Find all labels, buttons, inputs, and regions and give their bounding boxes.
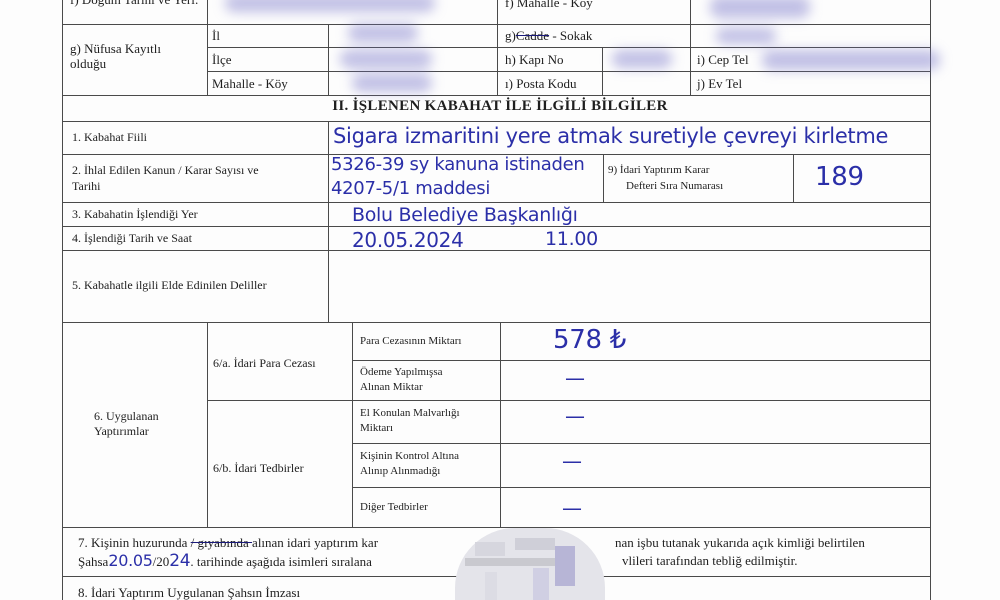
saat-value: 11.00	[545, 228, 598, 250]
kabahat-yer-value: Bolu Belediye Başkanlığı	[352, 204, 578, 226]
posta-kodu-label: ı) Posta Kodu	[505, 76, 577, 91]
registry-il-label: İl	[212, 28, 220, 43]
uygulanan-label-1: 6. Uygulanan	[94, 409, 159, 423]
redacted-mahalle-value	[352, 74, 432, 92]
row-line	[62, 24, 930, 25]
row-line	[62, 95, 930, 96]
idari-para-cezasi-label: 6/a. İdari Para Cezası	[213, 356, 316, 370]
ihlal-kanun-label-1: 2. İhlal Edilen Kanun / Karar Sayısı ve	[72, 163, 259, 177]
col-line	[690, 0, 691, 95]
col-line	[207, 0, 208, 95]
kontrol-label-1: Kişinin Kontrol Altına	[360, 450, 459, 463]
table-border-right	[930, 0, 931, 600]
tarih-value: 20.05.2024	[352, 228, 464, 252]
col-line	[603, 154, 604, 202]
redacted-il-value	[348, 24, 418, 42]
deliller-label: 5. Kabahatle ilgili Elde Edinilen Delill…	[72, 278, 267, 292]
col-line	[352, 322, 353, 527]
kabahat-yer-label: 3. Kabahatin İşlendiği Yer	[72, 207, 198, 221]
section-7-line-2: Şahsa20.05/2024. tarihinde aşağıda isiml…	[78, 553, 372, 569]
section-7-line-1-end: nan işbu tutanak yukarıda açık kimliği b…	[615, 535, 865, 550]
para-cezasi-miktari-value: 578 ₺	[553, 325, 626, 355]
karar-defteri-label-2: Defteri Sıra Numarası	[626, 180, 723, 193]
row-line	[352, 487, 930, 488]
kabahat-fiili-label: 1. Kabahat Fiili	[72, 130, 147, 144]
malvarligi-label-2: Miktarı	[360, 422, 393, 435]
row-line	[62, 121, 930, 122]
row-line	[62, 226, 930, 227]
ev-tel-label: j) Ev Tel	[697, 76, 742, 91]
registry-label: g) Nüfusa Kayıtlı olduğu	[70, 41, 200, 71]
malvarligi-label-1: El Konulan Malvarlığı	[360, 407, 460, 420]
section-7-line-2-end: vlileri tarafından tebliğ edilmiştir.	[622, 553, 797, 568]
para-cezasi-miktari-label: Para Cezasının Miktarı	[360, 335, 461, 348]
kabahat-fiili-value: Sigara izmaritini yere atmak suretiyle ç…	[333, 124, 888, 148]
row-line	[62, 322, 930, 323]
uygulanan-label-2: Yaptırımlar	[94, 424, 149, 438]
row-line	[207, 400, 930, 401]
registry-mahalle-label: Mahalle - Köy	[212, 76, 288, 91]
ihlal-kanun-value-2: 4207-5/1 maddesi	[331, 178, 490, 199]
section-8-label: 8. İdari Yaptırım Uygulanan Şahsın İmzas…	[78, 585, 300, 600]
diger-tedbirler-value: —	[562, 496, 582, 520]
row-line	[62, 527, 930, 528]
section-7-line-1: 7. Kişinin huzurunda / gıyabında alınan …	[78, 535, 378, 550]
col-line	[500, 322, 501, 527]
row-line	[352, 360, 930, 361]
redacted-sokak-value	[716, 28, 776, 44]
kontrol-label-2: Alınıp Alınmadığı	[360, 465, 440, 478]
section-2-heading: II. İŞLENEN KABAHAT İLE İLGİLİ BİLGİLER	[0, 98, 1000, 115]
redacted-kapi-value	[612, 50, 672, 68]
redacted-birth-value	[225, 0, 435, 12]
col-line	[602, 47, 603, 95]
col-line	[793, 154, 794, 202]
redacted-mahalle-koy-value	[710, 0, 810, 18]
registry-ilce-label: İlçe	[212, 52, 231, 67]
cep-tel-label: i) Cep Tel	[697, 52, 749, 67]
cadde-sokak-label: g)Cadde - Sokak	[505, 28, 592, 43]
row-line	[207, 47, 930, 48]
row-line	[62, 250, 930, 251]
table-border-left	[62, 0, 63, 600]
ihlal-kanun-label-2: Tarihi	[72, 179, 100, 193]
redacted-cep-value	[762, 50, 940, 70]
idari-tedbirler-label: 6/b. İdari Tedbirler	[213, 461, 304, 475]
pixelated-redaction	[455, 528, 605, 600]
deliller-value	[330, 262, 925, 318]
col-line	[207, 322, 208, 527]
odeme-value: —	[565, 366, 585, 390]
odeme-label-1: Ödeme Yapılmışsa	[360, 366, 443, 379]
kapi-no-label: h) Kapı No	[505, 52, 564, 67]
odeme-label-2: Alınan Miktar	[360, 381, 423, 394]
kontrol-value: —	[562, 449, 582, 473]
birth-label-partial: f) Doğum Tarihi ve Yeri:	[70, 0, 198, 7]
mahalle-koy-label: f) Mahalle - Köy	[505, 0, 593, 10]
tarih-saat-label: 4. İşlendiği Tarih ve Saat	[72, 231, 192, 245]
malvarligi-value: —	[565, 404, 585, 428]
col-line	[497, 0, 498, 95]
ihlal-kanun-value-1: 5326-39 sy kanuna istinaden	[331, 154, 584, 175]
redacted-ilce-value	[340, 50, 432, 68]
row-line	[352, 443, 930, 444]
row-line	[207, 71, 930, 72]
diger-tedbirler-label: Diğer Tedbirler	[360, 501, 428, 514]
karar-defteri-label-1: 9) İdari Yaptırım Karar	[608, 164, 709, 177]
col-line	[328, 24, 329, 95]
karar-defteri-value: 189	[815, 162, 864, 192]
violation-report-form: f) Doğum Tarihi ve Yeri: g) Nüfusa Kayıt…	[0, 0, 1000, 600]
